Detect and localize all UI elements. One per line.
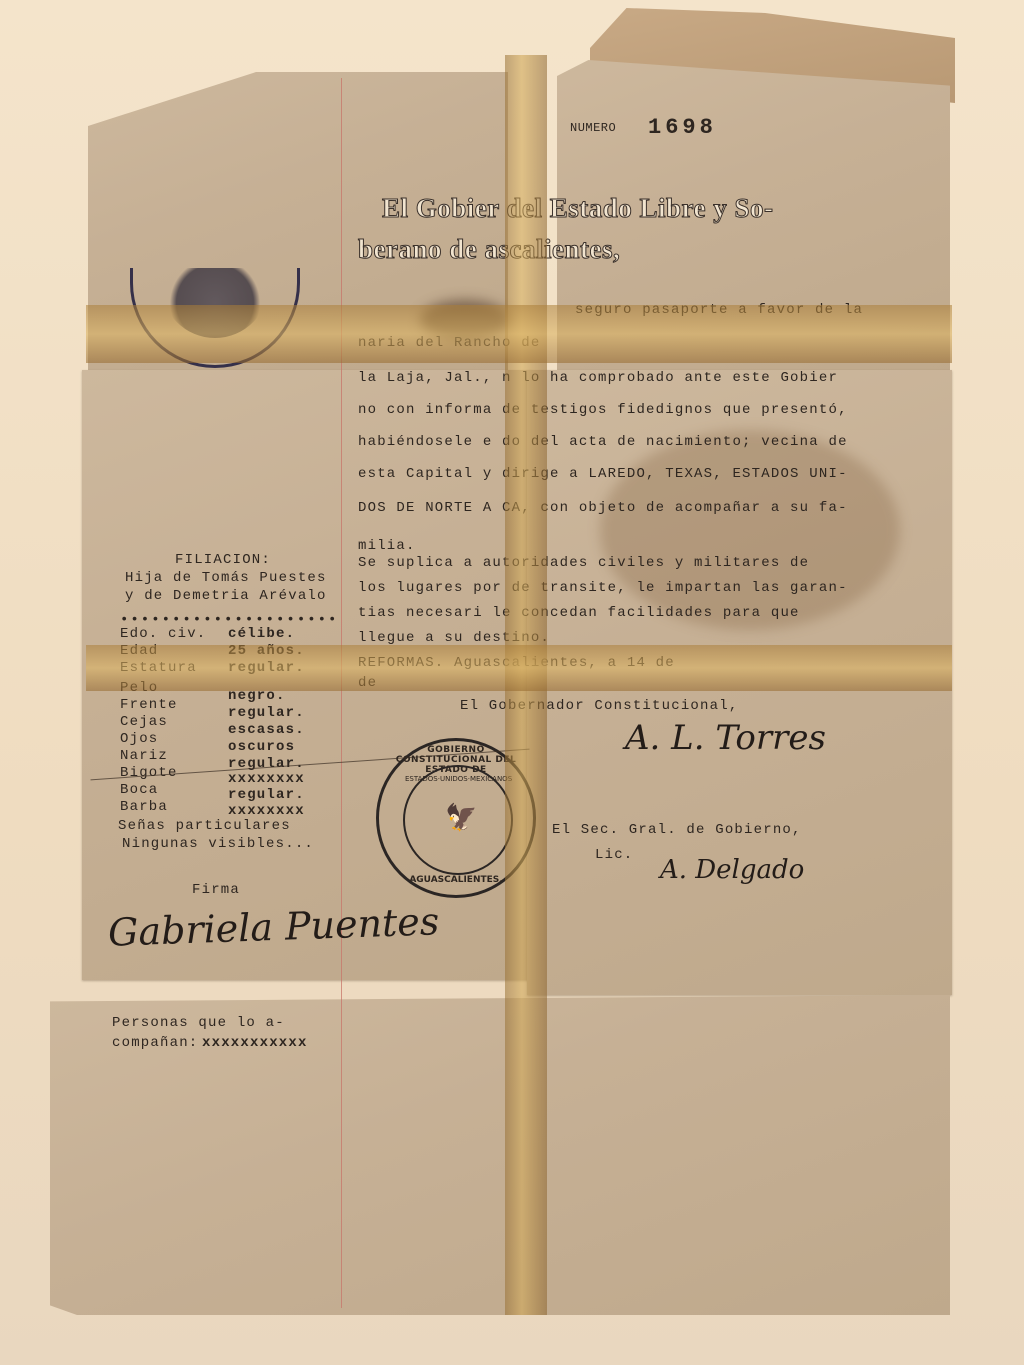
body-line: tias necesari le concedan facilidades pa… — [358, 605, 800, 621]
parents-line-1: Hija de Tomás Puestes — [125, 570, 327, 586]
field-label: Frente — [120, 697, 178, 713]
repair-tape-horizontal-top — [86, 305, 952, 363]
companions-value: xxxxxxxxxxx — [202, 1035, 308, 1051]
governor-title: El Gobernador Constitucional, — [460, 698, 738, 714]
field-value: regular. — [228, 705, 305, 721]
field-value: xxxxxxxx — [228, 771, 305, 787]
field-value: escasas. — [228, 722, 305, 738]
seal-inner-ring: ESTADOS·UNIDOS·MEXICANOS 🦅 — [403, 765, 513, 875]
repair-tape-horizontal-middle — [86, 645, 952, 691]
field-value: regular. — [228, 787, 305, 803]
parents-line-2: y de Demetria Arévalo — [125, 588, 327, 604]
companions-line-2-label: compañan: — [112, 1035, 198, 1051]
numero-value: 1698 — [648, 115, 717, 140]
body-line: DOS DE NORTE A CA, con objeto de acompañ… — [358, 500, 848, 516]
secretary-title: El Sec. Gral. de Gobierno, — [552, 822, 802, 838]
firma-label: Firma — [192, 882, 240, 898]
field-value: xxxxxxxx — [228, 803, 305, 819]
field-label: Cejas — [120, 714, 168, 730]
heading-line-1: El Gobier del Estado Libre y So- — [382, 193, 774, 224]
secretary-prefix: Lic. — [595, 847, 633, 863]
field-value: oscuros — [228, 739, 295, 755]
body-line: Se suplica a autoridades civiles y milit… — [358, 555, 809, 571]
governor-signature: A. L. Torres — [625, 718, 826, 758]
senas-label: Señas particulares — [118, 818, 291, 834]
eagle-emblem-icon: 🦅 — [445, 805, 473, 833]
field-label: Nariz — [120, 748, 168, 764]
body-line: milia. — [358, 538, 416, 554]
body-line: esta Capital y dirige a LAREDO, TEXAS, E… — [358, 466, 848, 482]
filiacion-title: FILIACION: — [175, 552, 271, 568]
seal-inner-text: ESTADOS·UNIDOS·MEXICANOS — [405, 775, 511, 783]
field-label: Ojos — [120, 731, 158, 747]
body-line: no con informa de testigos fidedignos qu… — [358, 402, 848, 418]
body-line: los lugares por de transite, le impartan… — [358, 580, 848, 596]
senas-value: Ningunas visibles... — [122, 836, 314, 852]
body-line: la Laja, Jal., n lo ha comprobado ante e… — [358, 370, 838, 386]
field-label: Edo. civ. — [120, 626, 206, 642]
field-label: Boca — [120, 782, 158, 798]
body-line: habiéndosele e do del acta de nacimiento… — [358, 434, 848, 450]
companions-line-1: Personas que lo a- — [112, 1015, 285, 1031]
water-stain — [600, 430, 900, 630]
red-margin-line — [341, 78, 342, 1308]
field-value: célibe. — [228, 626, 295, 642]
field-label: Barba — [120, 799, 168, 815]
secretary-signature: A. Delgado — [660, 855, 804, 885]
heading-line-2: berano de ascalientes, — [358, 234, 620, 265]
numero-label: NUMERO — [570, 121, 616, 135]
